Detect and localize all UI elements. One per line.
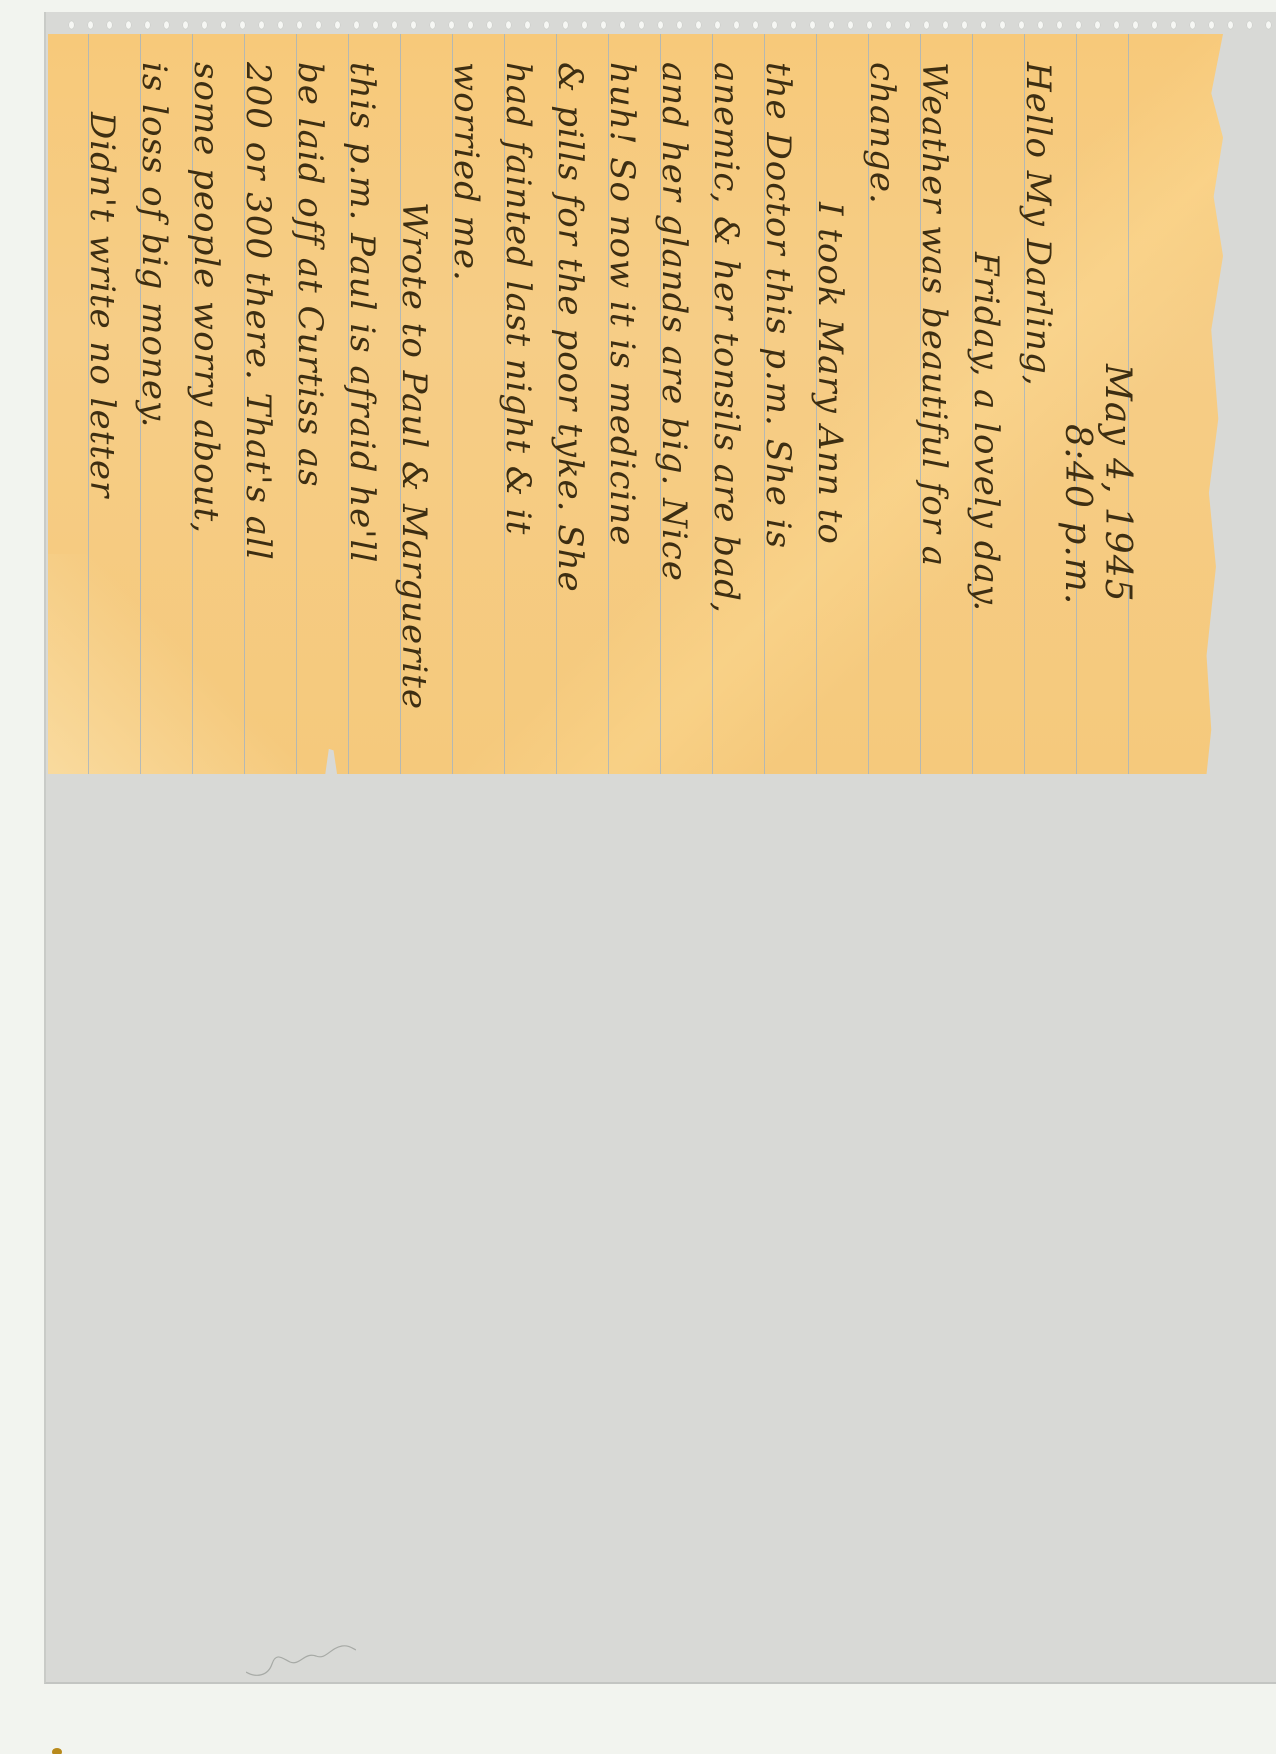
letter-line: Friday, a lovely day. — [946, 252, 1006, 612]
letter-line: 200 or 300 there. That's all — [218, 62, 278, 561]
scanner-fleck — [52, 1748, 62, 1754]
letter-line: Hello My Darling, — [998, 62, 1058, 387]
letter-line: and her glands are big. Nice — [634, 62, 694, 582]
sleeve-hair-mark — [246, 1642, 356, 1682]
letter-line: Wrote to Paul & Marguerite — [374, 202, 434, 710]
letter-line: change. — [842, 62, 902, 205]
letter-line: Didn't write no letter — [62, 112, 122, 498]
letter-line: I took Mary Ann to — [790, 202, 850, 545]
letter-line: huh! So now it is medicine — [582, 62, 642, 546]
letter-line: Weather was beautiful for a — [894, 62, 954, 567]
letter-line: be laid off at Curtiss as — [270, 62, 330, 488]
letter-line: had fainted last night & it — [478, 62, 538, 535]
scanned-page: May 4, 19458:40 p.m.Hello My Darling,Fri… — [0, 0, 1276, 1754]
ruled-line — [1076, 34, 1077, 774]
letter-line: worried me. — [426, 62, 486, 282]
sleeve-binder-strip — [62, 18, 1272, 32]
letter-line: & pills for the poor tyke. She — [530, 62, 590, 593]
letter-line: some people worry about, — [166, 62, 226, 534]
paper-crease — [48, 554, 308, 774]
letter-time: 8:40 p.m. — [1038, 424, 1098, 605]
letter-line: is loss of big money. — [114, 62, 174, 428]
letter-line: anemic, & her tonsils are bad, — [686, 62, 746, 614]
letter-line: the Doctor this p.m. She is — [738, 62, 798, 549]
letter-paper: May 4, 19458:40 p.m.Hello My Darling,Fri… — [48, 34, 1223, 774]
letter-line: this p.m. Paul is afraid he'll — [322, 62, 382, 563]
